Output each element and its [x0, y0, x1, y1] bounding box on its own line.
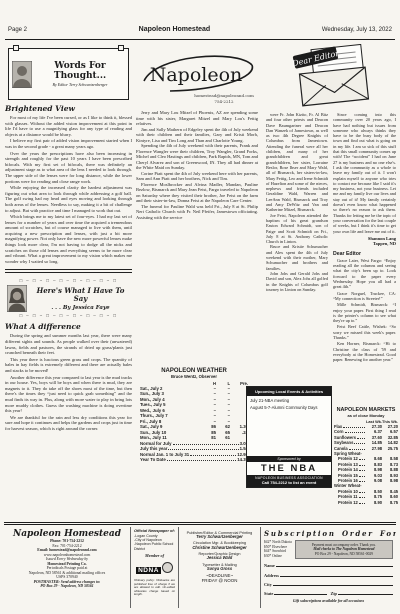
- seal-icon: [162, 562, 173, 573]
- nba-logo-text: THE NBA: [247, 462, 331, 475]
- page-number: Page 2: [8, 27, 27, 33]
- letter-entry: Feist Beef Cattle, Wishek: “So sorry we …: [333, 324, 396, 340]
- letters-column: Since coming into this community over 20…: [333, 112, 396, 404]
- subscription-rates: $42* North Dakota $50* Elsewhere $44* Sn…: [264, 540, 292, 558]
- news-item: Joe Feist, Napoleon attended the baptism…: [266, 213, 328, 245]
- news-item: Bruce and Kristie Schumacher and Alex sp…: [266, 244, 328, 270]
- column-byline: By Editor Terry Schwartzenberger: [35, 82, 125, 87]
- news-item: John Johs and Gerald Johs and David and …: [266, 271, 328, 292]
- markets-subtitle: as of close Monday: [334, 413, 398, 418]
- news-item: were Fr. John Kizito, Fr. Al Bitz and fo…: [266, 112, 328, 213]
- weather-observer: Bruce Wentz, Observer: [140, 374, 248, 379]
- news-item: Jim and Sally Mathern of Edgeley spent t…: [136, 127, 258, 144]
- market-row: Protein 128.908.75: [334, 500, 398, 505]
- masthead-contact: Napoleon Homestead Phone: 701-754-2212 F…: [4, 527, 130, 608]
- address-field: Address: [264, 572, 393, 578]
- article-title-brightened-view: Brightened View: [5, 104, 132, 113]
- article-paragraph: While enjoying the increased clarity the…: [5, 185, 132, 213]
- columnist-photo: [7, 285, 27, 312]
- newspaper-page: Page 2 Napoleon Homestead Wednesday, Jul…: [0, 0, 400, 614]
- events-box-title: Upcoming Local Events & Activities: [247, 387, 331, 396]
- letter-body: Since coming into this community over 20…: [333, 112, 396, 234]
- dear-editor-heading: Dear Editor: [333, 251, 396, 257]
- article-paragraph: I believe my first pair of added vision …: [5, 138, 132, 149]
- letter-entry: Grace Norguel, Truckee, CA: “My connecti…: [333, 291, 396, 302]
- column-title: Words For Thought...: [35, 61, 125, 81]
- article-paragraph: This year there is luscious green grass …: [5, 357, 132, 374]
- masthead: Napoleon Homestead Phone: 701-754-2212 F…: [4, 522, 396, 608]
- news-item: Spending the 4th of July weekend with th…: [136, 143, 258, 171]
- markets-table: NAPOLEON MARKETS as of close Monday Last…: [334, 407, 398, 505]
- article-title-what-a-difference: What A difference: [5, 322, 132, 331]
- news-item: Jerry and Mary Lou Mitzel of Phoenix, AZ…: [136, 110, 258, 127]
- masthead-name: Napoleon Homestead: [7, 529, 127, 539]
- event-item: August 5-7-Alumni Community Days: [250, 405, 328, 410]
- words-for-thought-box: Words For Thought... By Editor Terry Sch…: [8, 48, 129, 100]
- weather-summary-row: Year To Date14.39: [140, 457, 248, 463]
- masthead-official: Official Newspaper of: -Logan County -Ci…: [130, 527, 178, 608]
- left-column: Words For Thought... By Editor Terry Sch…: [5, 45, 132, 519]
- state-field: State: [264, 590, 327, 596]
- deadline-note: ~DEADLINE~ FRIDAY @ NOON: [182, 573, 257, 583]
- article-paragraph: Which brings me to my latest set of four…: [5, 214, 132, 264]
- column-title: Here's What I Have To Say: [31, 287, 130, 304]
- letter-entry: Grace Laier, West Fargo: “Enjoy reading …: [333, 258, 396, 290]
- weather-table: NAPOLEON WEATHER Bruce Wentz, Observer H…: [140, 368, 248, 463]
- name-field: Name: [264, 562, 393, 568]
- editor-photo: [12, 61, 32, 88]
- article-paragraph: Over the years the prescriptions have al…: [5, 151, 132, 185]
- ndna-logo: NDNA: [136, 567, 161, 574]
- header-rule: [5, 39, 395, 40]
- event-item: July 21-NBA meeting: [250, 398, 328, 403]
- article-paragraph: Another difference this year compared to…: [5, 375, 132, 414]
- column-byline: . . . By Jessica Faye: [31, 305, 130, 311]
- masthead-staff: Publisher/Editor & Commercial Printing T…: [178, 527, 260, 608]
- article-paragraph: During the spring and summer months last…: [5, 333, 132, 355]
- news-continuation-column: were Fr. John Kizito, Fr. Al Bitz and fo…: [266, 112, 328, 380]
- heres-what-box: □ ~ □ ~ □ ~ □ ~ □ ~ □ ~ □ ~ □ Here's Wha…: [5, 278, 132, 319]
- article-paragraph: We are thankful for the rain and less dr…: [5, 415, 132, 432]
- events-call-line: Call 754-2212 to list an event: [247, 480, 331, 485]
- issue-date: Wednesday, July 13, 2022: [322, 27, 392, 33]
- letter-signature-city: Tappen, ND: [333, 241, 396, 246]
- obituary-policy: Obituary policy: Obituaries are publishe…: [134, 579, 175, 597]
- news-item: The funeral for Pauline Wald was held Fr…: [136, 204, 258, 221]
- napoleon-swoosh-icon: Napoleon homestead@napoleonnd.com 754-22…: [136, 45, 258, 107]
- logo-phone: 754-2212: [214, 99, 234, 104]
- logo-email: homestead@napoleonnd.com: [194, 93, 254, 98]
- napoleon-logo-text: Napoleon: [150, 64, 243, 86]
- page-header: Page 2 Napoleon Homestead Wednesday, Jul…: [8, 26, 392, 33]
- article-paragraph: For most of my life I've been cursed, or…: [5, 115, 132, 137]
- zip-field: Zip: [331, 590, 394, 596]
- decorative-border: □ ~ □ ~ □ ~ □ ~ □ ~ □ ~ □ ~ □: [5, 278, 132, 284]
- decorative-border: □ ~ □ ~ □ ~ □ ~ □ ~ □ ~ □ ~ □: [5, 313, 132, 319]
- payment-note: Payment must accompany order. Thank you.…: [295, 540, 393, 559]
- newspaper-title: Napoleon Homestead: [139, 26, 211, 33]
- corner-knob-icon: [118, 45, 124, 51]
- dear-editor-graphic: Dear Editor: [288, 44, 388, 110]
- napoleon-logo: Napoleon homestead@napoleonnd.com 754-22…: [136, 45, 258, 107]
- subscription-title: Subscription Order Form: [264, 529, 393, 538]
- subscription-form: Subscription Order Form $42* North Dakot…: [260, 527, 396, 608]
- events-box: Upcoming Local Events & Activities July …: [246, 386, 332, 488]
- news-item: Florence Moslbrocker and Alvina Madler, …: [136, 182, 258, 204]
- middle-column: Napoleon homestead@napoleonnd.com 754-22…: [136, 45, 258, 365]
- letter-entry: Mille Schmidt, Bismarck: “I enjoy your p…: [333, 302, 396, 323]
- gift-note: Gift subscriptions available for all occ…: [264, 599, 393, 603]
- corner-knob-icon: [13, 45, 19, 51]
- section-divider: [5, 269, 132, 273]
- news-item: Corine Piatt spent the 4th of July weeke…: [136, 171, 258, 182]
- letter-entry: Ken Horner, Bismarck: “Hi to Christine t…: [333, 341, 396, 362]
- envelope-icon: Dear Editor: [288, 44, 388, 110]
